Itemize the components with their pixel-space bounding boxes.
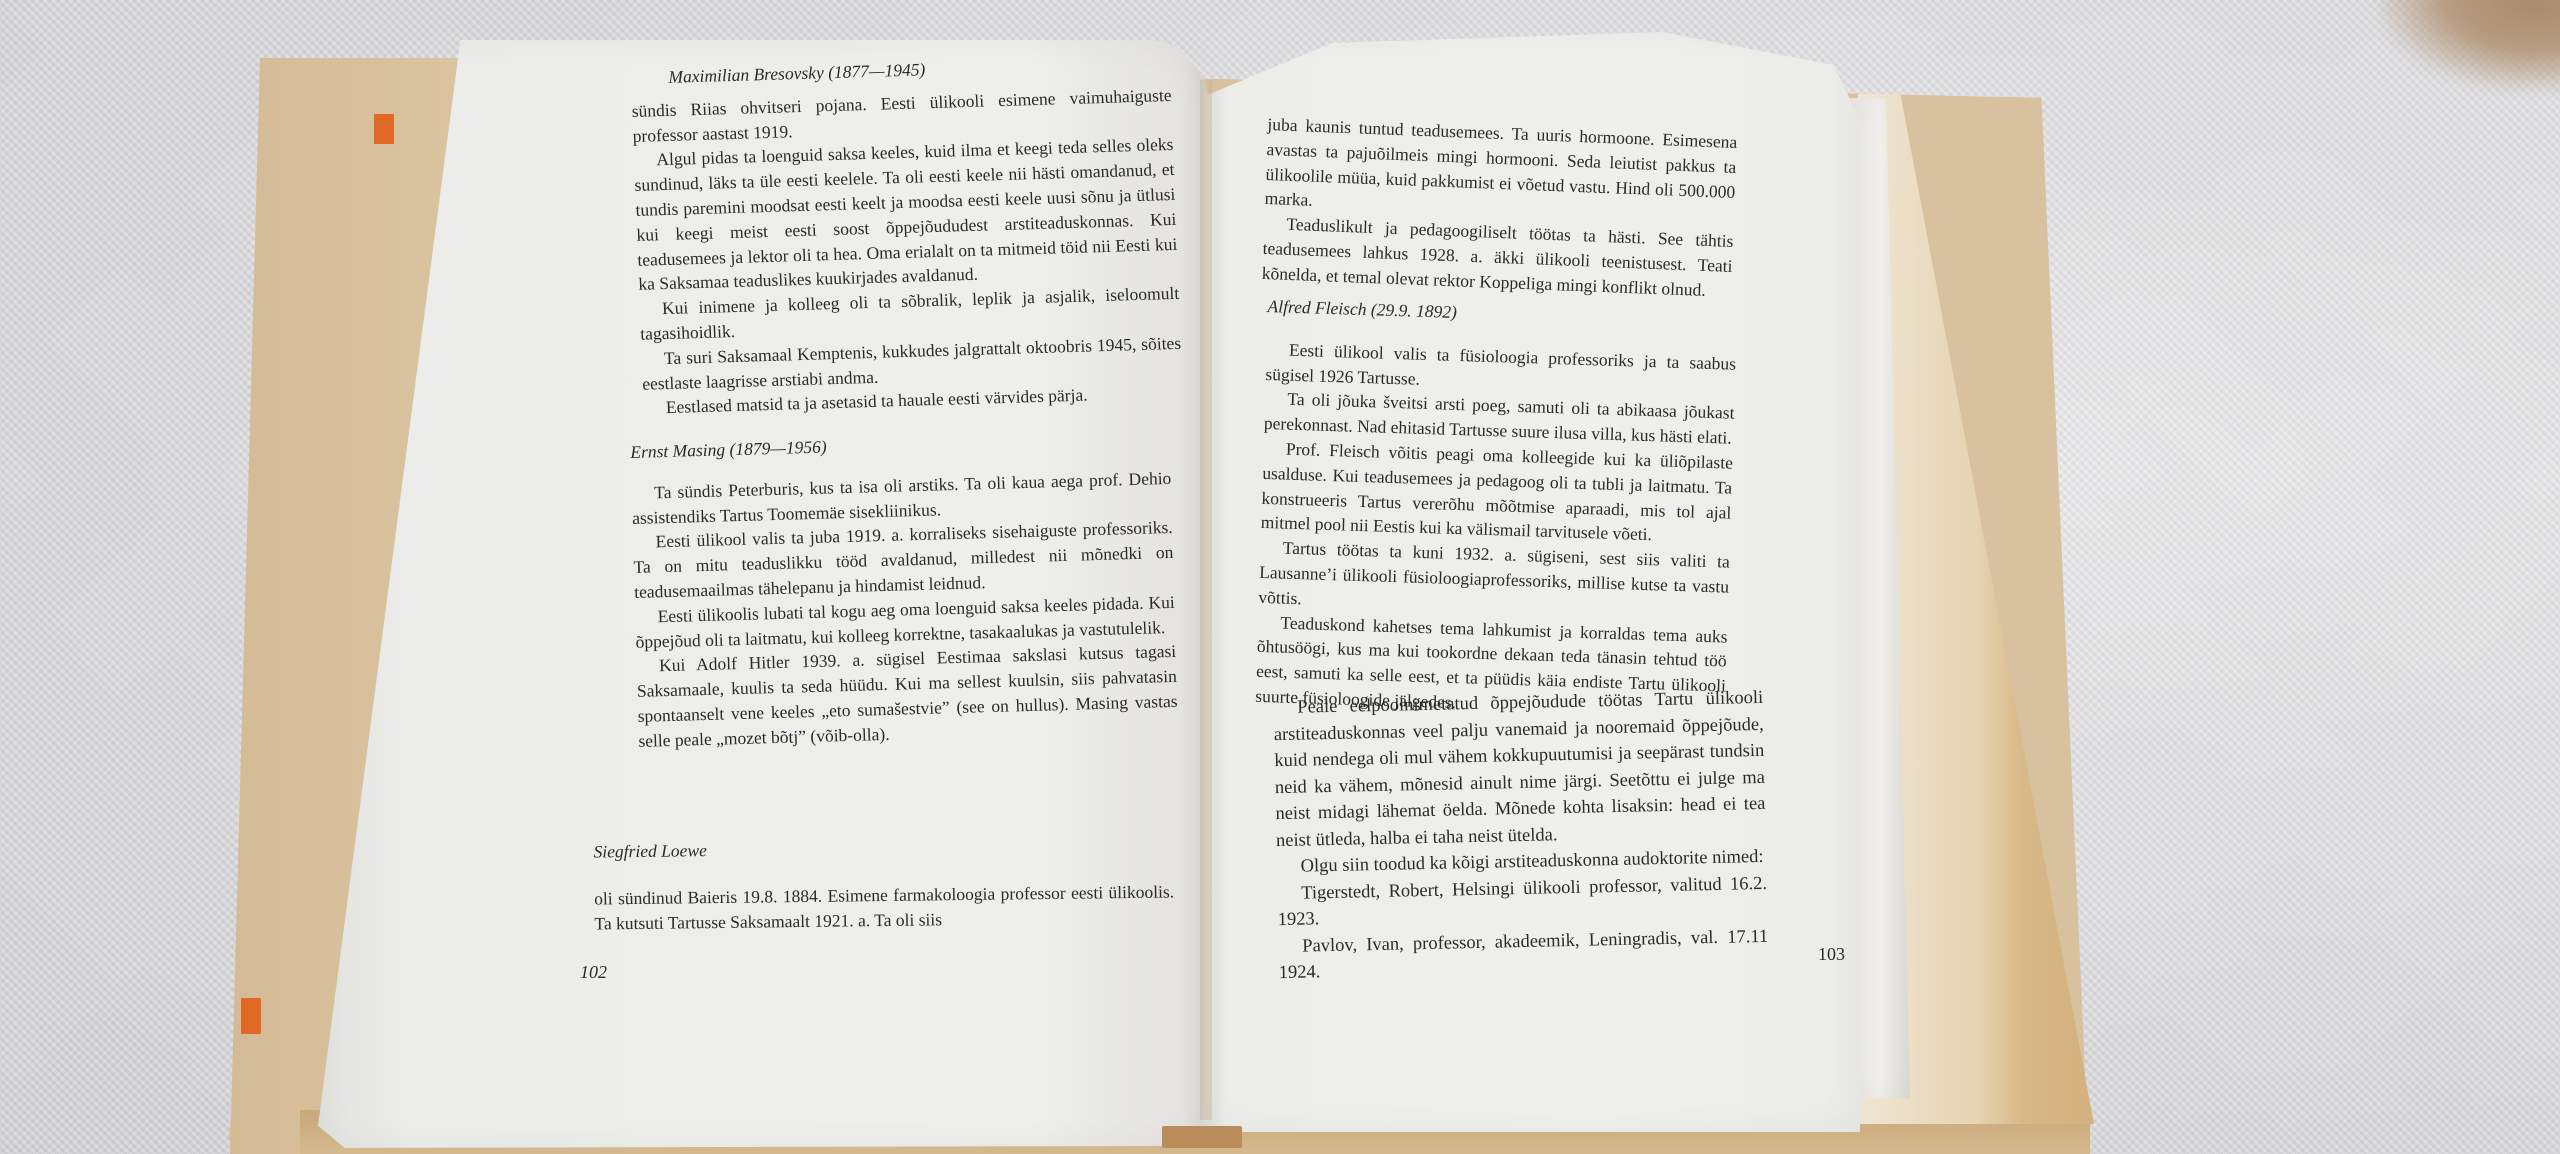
section-other-faculty: Peale eelpoolnimetatud õppejõudude tööta… xyxy=(1273,685,1769,987)
paragraph: Algul pidas ta loenguid saksa keeles, ku… xyxy=(633,132,1178,297)
paragraph: Kui Adolf Hitler 1939. a. sügisel Eestim… xyxy=(636,639,1179,753)
section-bresovsky: Maximilian Bresovsky (1877—1945) sündis … xyxy=(630,50,1183,421)
section-loewe: Siegfried Loewe oli sündinud Baieris 19.… xyxy=(593,832,1174,935)
book-headband xyxy=(1162,1126,1242,1148)
page-number-right: 103 xyxy=(1818,944,1845,965)
section-masing: Ernst Masing (1879—1956) Ta sündis Peter… xyxy=(630,425,1179,754)
orange-label-tab-top xyxy=(374,114,394,144)
orange-label-tab-bottom xyxy=(241,998,261,1034)
paragraph: juba kaunis tuntud teadusemees. Ta uuris… xyxy=(1264,112,1737,229)
section-fleisch: Alfred Fleisch (29.9. 1892) Eesti ülikoo… xyxy=(1255,294,1738,723)
book-gutter xyxy=(1200,80,1212,1120)
section-loewe-continued: juba kaunis tuntud teadusemees. Ta uuris… xyxy=(1261,112,1737,303)
paragraph: Peale eelpoolnimetatud õppejõudude tööta… xyxy=(1273,685,1766,854)
honorary-doctor-entry: Pavlov, Ivan, professor, akadeemik, Leni… xyxy=(1278,923,1769,986)
page-number-left: 102 xyxy=(580,962,607,983)
paragraph: oli sündinud Baieris 19.8. 1884. Esimene… xyxy=(594,879,1175,936)
paragraph: Prof. Fleisch võitis peagi oma kolleegid… xyxy=(1260,436,1733,550)
corner-object xyxy=(2380,0,2560,90)
